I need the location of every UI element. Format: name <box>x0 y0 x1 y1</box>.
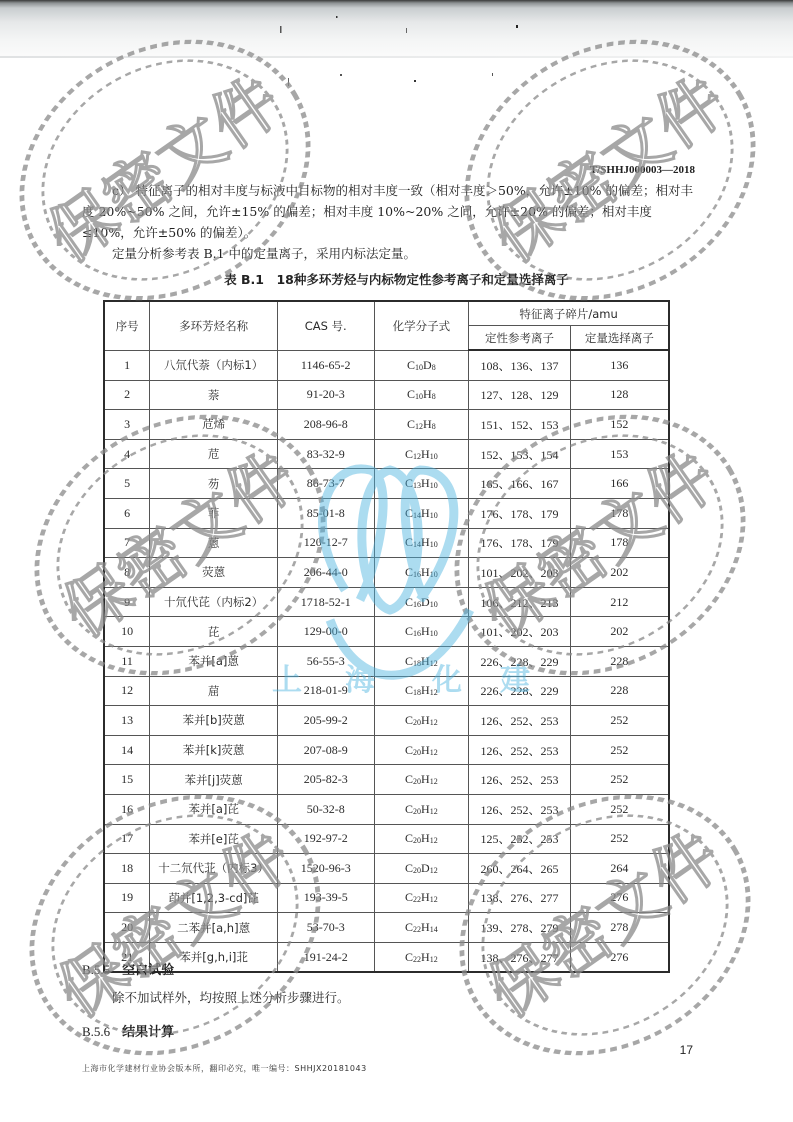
table-row: 12䓛218-01-9C18H12226、228、229228 <box>104 676 669 706</box>
qualitative-ions: 126、252、253 <box>469 794 571 824</box>
cas-number: 86-73-7 <box>277 469 374 499</box>
qualitative-ions: 226、228、229 <box>469 676 571 706</box>
cas-number: 218-01-9 <box>277 676 374 706</box>
header-qualitative: 定性参考离子 <box>469 326 571 351</box>
molecular-formula: C18H12 <box>374 646 469 676</box>
cas-number: 120-12-7 <box>277 528 374 558</box>
compound-name: 菲 <box>150 498 278 528</box>
molecular-formula: C20H12 <box>374 735 469 765</box>
molecular-formula: C12H8 <box>374 410 469 440</box>
row-number: 8 <box>104 558 150 588</box>
header-quantitative: 定量选择离子 <box>570 326 669 351</box>
cas-number: 56-55-3 <box>277 646 374 676</box>
compound-name: 苯并[a]蒽 <box>150 646 278 676</box>
compound-name: 茚并[1,2,3-cd]芘 <box>150 883 278 913</box>
table-row: 7蒽120-12-7C14H10176、178、179178 <box>104 528 669 558</box>
paragraph-relative-abundance: c） 特征离子的相对丰度与标液中目标物的相对丰度一致（相对丰度＞50%，允许±1… <box>82 180 697 243</box>
compound-name: 苊烯 <box>150 410 278 440</box>
row-number: 16 <box>104 794 150 824</box>
molecular-formula: C20H12 <box>374 824 469 854</box>
section-heading-calculation: B.5.6结果计算 <box>82 1021 174 1040</box>
compound-name: 八氘代萘（内标1） <box>150 350 278 380</box>
table-row: 20二苯并[a,h]蒽53-70-3C22H14139、278、279278 <box>104 913 669 943</box>
molecular-formula: C16H10 <box>374 558 469 588</box>
copyright-footer: 上海市化学建材行业协会版本所，翻印必究，唯一编号：SHHJX20181043 <box>82 1063 367 1074</box>
row-number: 9 <box>104 587 150 617</box>
quantitative-ion: 276 <box>570 883 669 913</box>
row-number: 1 <box>104 350 150 380</box>
quantitative-ion: 166 <box>570 469 669 499</box>
row-number: 14 <box>104 735 150 765</box>
molecular-formula: C20H12 <box>374 765 469 795</box>
header-formula: 化学分子式 <box>374 301 469 350</box>
qualitative-ions: 108、136、137 <box>469 350 571 380</box>
compound-name: 二苯并[a,h]蒽 <box>150 913 278 943</box>
row-number: 11 <box>104 646 150 676</box>
cas-number: 207-08-9 <box>277 735 374 765</box>
molecular-formula: C18H12 <box>374 676 469 706</box>
table-row: 3苊烯208-96-8C12H8151、152、153152 <box>104 410 669 440</box>
compound-name: 苯并[j]荧蒽 <box>150 765 278 795</box>
table-caption: 表 B.1 18种多环芳烃与内标物定性参考离子和定量选择离子 <box>0 270 793 288</box>
qualitative-ions: 138、276、277 <box>469 942 571 972</box>
quantitative-ion: 276 <box>570 942 669 972</box>
table-row: 13苯并[b]荧蒽205-99-2C20H12126、252、253252 <box>104 706 669 736</box>
compound-name: 十二氘代苝（内标3） <box>150 854 278 884</box>
quantitative-ion: 153 <box>570 439 669 469</box>
molecular-formula: C22H12 <box>374 942 469 972</box>
compound-name: 芴 <box>150 469 278 499</box>
cas-number: 1146-65-2 <box>277 350 374 380</box>
quantitative-ion: 136 <box>570 350 669 380</box>
table-row: 5芴86-73-7C13H10165、166、167166 <box>104 469 669 499</box>
row-number: 12 <box>104 676 150 706</box>
molecular-formula: C16H10 <box>374 617 469 647</box>
compound-name: 十氘代芘（内标2） <box>150 587 278 617</box>
table-row: 6菲85-01-8C14H10176、178、179178 <box>104 498 669 528</box>
qualitative-ions: 176、178、179 <box>469 528 571 558</box>
cas-number: 91-20-3 <box>277 380 374 410</box>
cas-number: 192-97-2 <box>277 824 374 854</box>
scan-edge-shadow <box>0 0 793 58</box>
table-row: 14苯并[k]荧蒽207-08-9C20H12126、252、253252 <box>104 735 669 765</box>
qualitative-ions: 126、252、253 <box>469 765 571 795</box>
section-number: B.5.6 <box>82 1024 110 1039</box>
compound-name: 荧蒽 <box>150 558 278 588</box>
row-number: 4 <box>104 439 150 469</box>
qualitative-ions: 101、202、203 <box>469 617 571 647</box>
header-name: 多环芳烃名称 <box>150 301 278 350</box>
molecular-formula: C20H12 <box>374 706 469 736</box>
cas-number: 129-00-0 <box>277 617 374 647</box>
molecular-formula: C22H12 <box>374 883 469 913</box>
row-number: 6 <box>104 498 150 528</box>
qualitative-ions: 165、166、167 <box>469 469 571 499</box>
compound-name: 䓛 <box>150 676 278 706</box>
molecular-formula: C20D12 <box>374 854 469 884</box>
quantitative-ion: 228 <box>570 676 669 706</box>
quantitative-ion: 202 <box>570 558 669 588</box>
qualitative-ions: 126、252、253 <box>469 735 571 765</box>
qualitative-ions: 101、202、203 <box>469 558 571 588</box>
qualitative-ions: 127、128、129 <box>469 380 571 410</box>
cas-number: 206-44-0 <box>277 558 374 588</box>
cas-number: 53-70-3 <box>277 913 374 943</box>
cas-number: 205-82-3 <box>277 765 374 795</box>
section-title: 结果计算 <box>122 1025 174 1040</box>
qualitative-ions: 151、152、153 <box>469 410 571 440</box>
row-number: 5 <box>104 469 150 499</box>
header-cas: CAS 号. <box>277 301 374 350</box>
quantitative-ion: 228 <box>570 646 669 676</box>
quantitative-ion: 252 <box>570 765 669 795</box>
quantitative-ion: 128 <box>570 380 669 410</box>
compound-name: 苯并[b]荧蒽 <box>150 706 278 736</box>
cas-number: 1520-96-3 <box>277 854 374 884</box>
section-heading-blank-test: B.5.5空白试验 <box>82 959 174 978</box>
qualitative-ions: 106、212、213 <box>469 587 571 617</box>
qualitative-ions: 176、178、179 <box>469 498 571 528</box>
table-row: 10芘129-00-0C16H10101、202、203202 <box>104 617 669 647</box>
molecular-formula: C14H10 <box>374 498 469 528</box>
ion-table-body: 1八氘代萘（内标1）1146-65-2C10D8108、136、1371362萘… <box>104 350 669 972</box>
molecular-formula: C14H10 <box>374 528 469 558</box>
row-number: 2 <box>104 380 150 410</box>
compound-name: 苯并[a]芘 <box>150 794 278 824</box>
cas-number: 193-39-5 <box>277 883 374 913</box>
table-row: 15苯并[j]荧蒽205-82-3C20H12126、252、253252 <box>104 765 669 795</box>
row-number: 13 <box>104 706 150 736</box>
section-number: B.5.5 <box>82 962 110 977</box>
qualitative-ions: 226、228、229 <box>469 646 571 676</box>
cas-number: 1718-52-1 <box>277 587 374 617</box>
row-number: 15 <box>104 765 150 795</box>
compound-name: 苯并[k]荧蒽 <box>150 735 278 765</box>
cas-number: 205-99-2 <box>277 706 374 736</box>
molecular-formula: C13H10 <box>374 469 469 499</box>
qualitative-ions: 126、252、253 <box>469 706 571 736</box>
table-row: 1八氘代萘（内标1）1146-65-2C10D8108、136、137136 <box>104 350 669 380</box>
table-row: 21苯并[g,h,i]苝191-24-2C22H12138、276、277276 <box>104 942 669 972</box>
compound-name: 萘 <box>150 380 278 410</box>
table-row: 4苊83-32-9C12H10152、153、154153 <box>104 439 669 469</box>
paragraph-quantification: 定量分析参考表 B.1 中的定量离子，采用内标法定量。 <box>82 243 697 264</box>
row-number: 7 <box>104 528 150 558</box>
quantitative-ion: 202 <box>570 617 669 647</box>
header-no: 序号 <box>104 301 150 350</box>
table-row: 11苯并[a]蒽56-55-3C18H12226、228、229228 <box>104 646 669 676</box>
quantitative-ion: 252 <box>570 735 669 765</box>
molecular-formula: C10H8 <box>374 380 469 410</box>
compound-name: 苯并[e]芘 <box>150 824 278 854</box>
cas-number: 50-32-8 <box>277 794 374 824</box>
qualitative-ions: 139、278、279 <box>469 913 571 943</box>
row-number: 19 <box>104 883 150 913</box>
qualitative-ions: 152、153、154 <box>469 439 571 469</box>
row-number: 17 <box>104 824 150 854</box>
ion-table: 序号 多环芳烃名称 CAS 号. 化学分子式 特征离子碎片/amu 定性参考离子… <box>103 300 670 973</box>
cas-number: 191-24-2 <box>277 942 374 972</box>
table-row: 2萘91-20-3C10H8127、128、129128 <box>104 380 669 410</box>
row-number: 18 <box>104 854 150 884</box>
paragraph-blank-test: 除不加试样外，均按照上述分析步骤进行。 <box>82 987 697 1008</box>
quantitative-ion: 278 <box>570 913 669 943</box>
row-number: 10 <box>104 617 150 647</box>
quantitative-ion: 178 <box>570 498 669 528</box>
compound-name: 蒽 <box>150 528 278 558</box>
row-number: 20 <box>104 913 150 943</box>
table-row: 18十二氘代苝（内标3）1520-96-3C20D12260、264、26526… <box>104 854 669 884</box>
compound-name: 芘 <box>150 617 278 647</box>
quantitative-ion: 252 <box>570 706 669 736</box>
cas-number: 208-96-8 <box>277 410 374 440</box>
molecular-formula: C20H12 <box>374 794 469 824</box>
molecular-formula: C10D8 <box>374 350 469 380</box>
table-row: 19茚并[1,2,3-cd]芘193-39-5C22H12138、276、277… <box>104 883 669 913</box>
quantitative-ion: 152 <box>570 410 669 440</box>
qualitative-ions: 138、276、277 <box>469 883 571 913</box>
table-row: 8荧蒽206-44-0C16H10101、202、203202 <box>104 558 669 588</box>
quantitative-ion: 212 <box>570 587 669 617</box>
quantitative-ion: 252 <box>570 824 669 854</box>
document-id: T/SHHJ000003—2018 <box>590 164 695 176</box>
section-title: 空白试验 <box>122 963 174 978</box>
page-number: 17 <box>680 1043 693 1057</box>
table-row: 16苯并[a]芘50-32-8C20H12126、252、253252 <box>104 794 669 824</box>
quantitative-ion: 252 <box>570 794 669 824</box>
header-ion-group: 特征离子碎片/amu <box>469 301 669 326</box>
compound-name: 苊 <box>150 439 278 469</box>
cas-number: 83-32-9 <box>277 439 374 469</box>
table-row: 9十氘代芘（内标2）1718-52-1C16D10106、212、213212 <box>104 587 669 617</box>
qualitative-ions: 260、264、265 <box>469 854 571 884</box>
cas-number: 85-01-8 <box>277 498 374 528</box>
molecular-formula: C12H10 <box>374 439 469 469</box>
quantitative-ion: 178 <box>570 528 669 558</box>
molecular-formula: C22H14 <box>374 913 469 943</box>
row-number: 3 <box>104 410 150 440</box>
qualitative-ions: 125、252、253 <box>469 824 571 854</box>
molecular-formula: C16D10 <box>374 587 469 617</box>
table-row: 17苯并[e]芘192-97-2C20H12125、252、253252 <box>104 824 669 854</box>
quantitative-ion: 264 <box>570 854 669 884</box>
